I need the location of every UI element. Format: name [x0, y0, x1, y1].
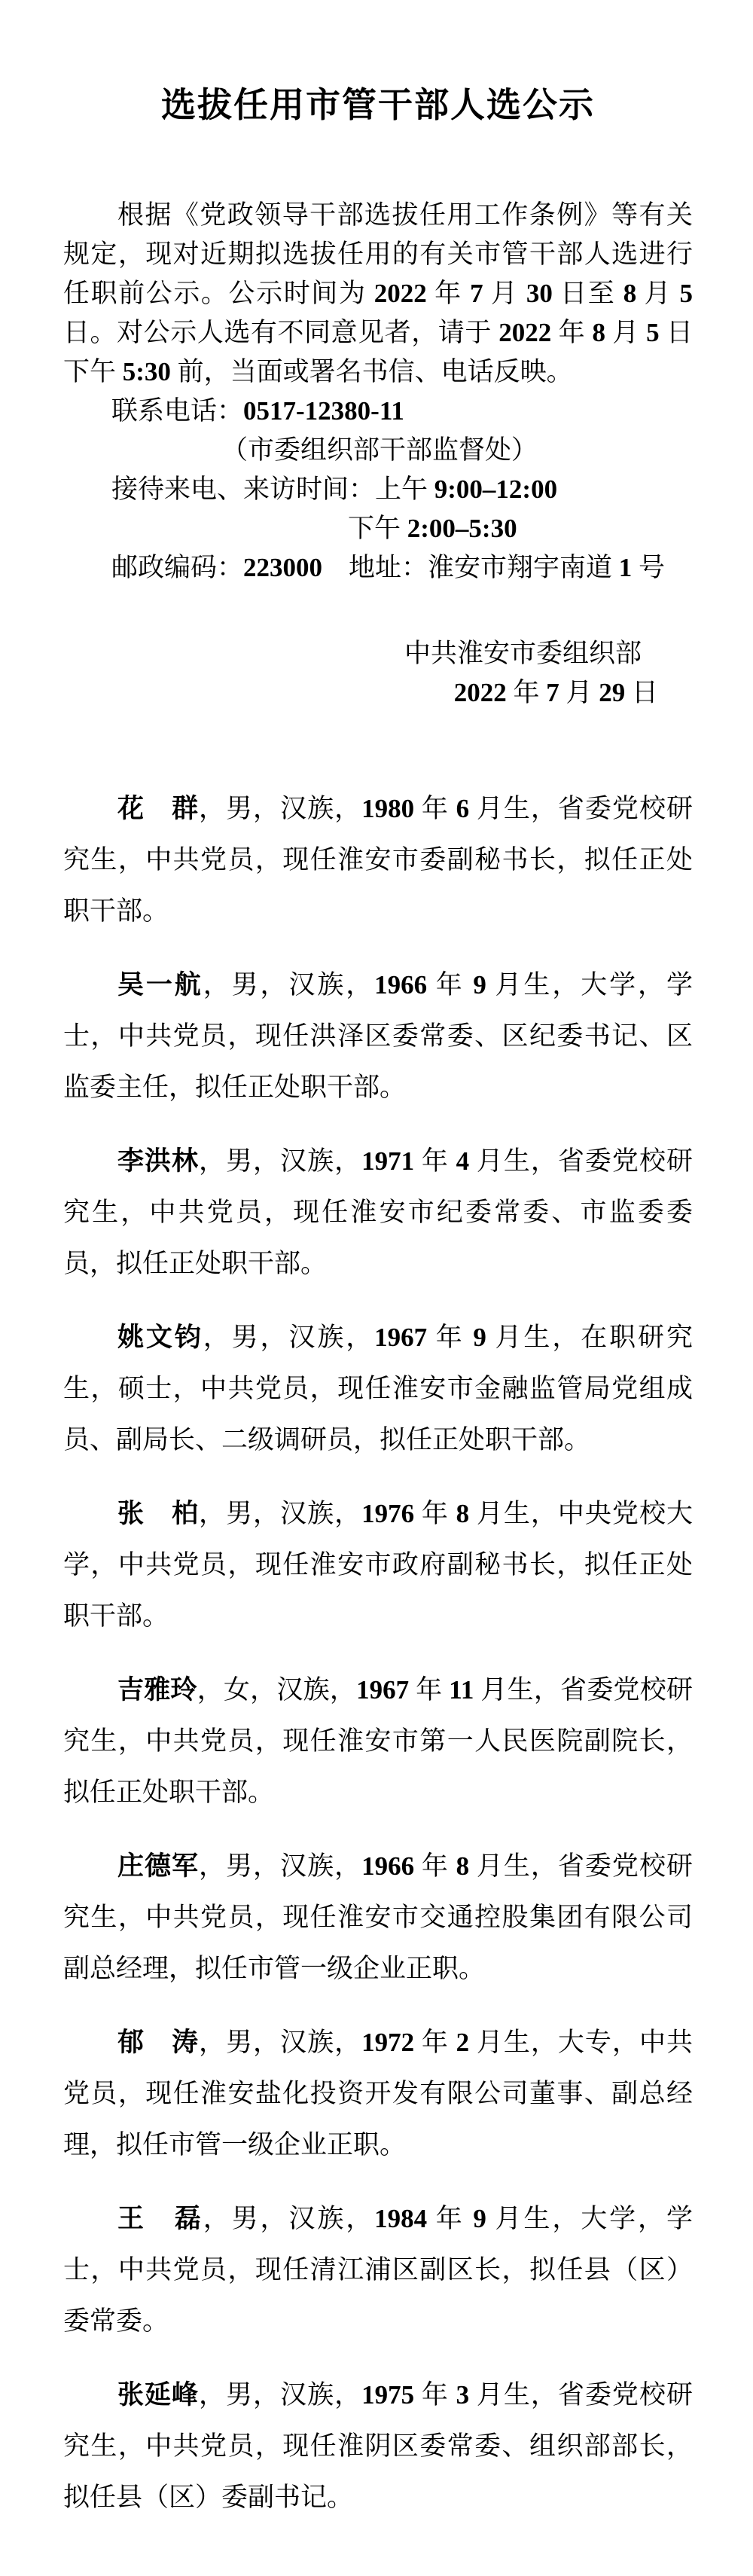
signature-block: 中共淮安市委组织部 2022 年 7 月 29 日	[63, 634, 693, 713]
candidate-entry: 吉雅玲，女，汉族，1967 年 11 月生，省委党校研究生，中共党员，现任淮安市…	[63, 1665, 693, 1818]
candidate-entry: 吴一航，男，汉族，1966 年 9 月生，大学，学士，中共党员，现任洪泽区委常委…	[63, 960, 693, 1113]
intro-paragraph: 根据《党政领导干部选拔任用工作条例》等有关规定，现对近期拟选拔任用的有关市管干部…	[63, 196, 693, 392]
contact-block: 联系电话：0517-12380-11 （市委组织部干部监督处） 接待来电、来访时…	[63, 392, 693, 588]
candidate-name: 庄德军	[117, 1851, 199, 1881]
candidate-entry: 郁 涛，男，汉族，1972 年 2 月生，大专，中共党员，现任淮安盐化投资开发有…	[63, 2017, 693, 2171]
candidate-name: 吉雅玲	[117, 1675, 197, 1705]
contact-hours-line-afternoon: 下午 2:00–5:30	[63, 509, 693, 548]
candidate-name: 李洪林	[117, 1146, 199, 1176]
candidate-entry: 李洪林，男，汉族，1971 年 4 月生，省委党校研究生，中共党员，现任淮安市纪…	[63, 1136, 693, 1290]
doc-title: 选拔任用市管干部人选公示	[63, 0, 693, 125]
contact-dept-line: （市委组织部干部监督处）	[63, 431, 693, 470]
candidate-entry: 姚文钧，男，汉族，1967 年 9 月生，在职研究生，硕士，中共党员，现任淮安市…	[63, 1312, 693, 1466]
candidate-entry: 花 群，男，汉族，1980 年 6 月生，省委党校研究生，中共党员，现任淮安市委…	[63, 783, 693, 937]
signature-date: 2022 年 7 月 29 日	[63, 673, 658, 713]
candidate-name: 姚文钧	[117, 1323, 203, 1352]
candidate-name: 吴一航	[117, 970, 203, 1000]
candidate-name: 王 磊	[117, 2204, 203, 2233]
candidate-entry: 王 磊，男，汉族，1984 年 9 月生，大学，学士，中共党员，现任清江浦区副区…	[63, 2193, 693, 2347]
candidate-name: 张 柏	[117, 1499, 199, 1528]
candidate-name: 花 群	[117, 794, 199, 823]
contact-phone-line: 联系电话：0517-12380-11	[63, 392, 693, 431]
contact-postal-address-line: 邮政编码：223000 地址：淮安市翔宇南道 1 号	[63, 548, 693, 588]
signature-org: 中共淮安市委组织部	[63, 634, 642, 673]
candidate-name: 张延峰	[117, 2380, 199, 2410]
candidate-entry: 张 柏，男，汉族，1976 年 8 月生，中央党校大学，中共党员，现任淮安市政府…	[63, 1488, 693, 1642]
candidate-list: 花 群，男，汉族，1980 年 6 月生，省委党校研究生，中共党员，现任淮安市委…	[63, 783, 693, 2523]
candidate-entry: 张延峰，男，汉族，1975 年 3 月生，省委党校研究生，中共党员，现任淮阴区委…	[63, 2370, 693, 2523]
candidate-entry: 庄德军，男，汉族，1966 年 8 月生，省委党校研究生，中共党员，现任淮安市交…	[63, 1841, 693, 1995]
contact-hours-line: 接待来电、来访时间：上午 9:00–12:00	[63, 470, 693, 509]
announcement-document-page: 选拔任用市管干部人选公示 根据《党政领导干部选拔任用工作条例》等有关规定，现对近…	[0, 0, 753, 2576]
candidate-name: 郁 涛	[117, 2028, 199, 2057]
